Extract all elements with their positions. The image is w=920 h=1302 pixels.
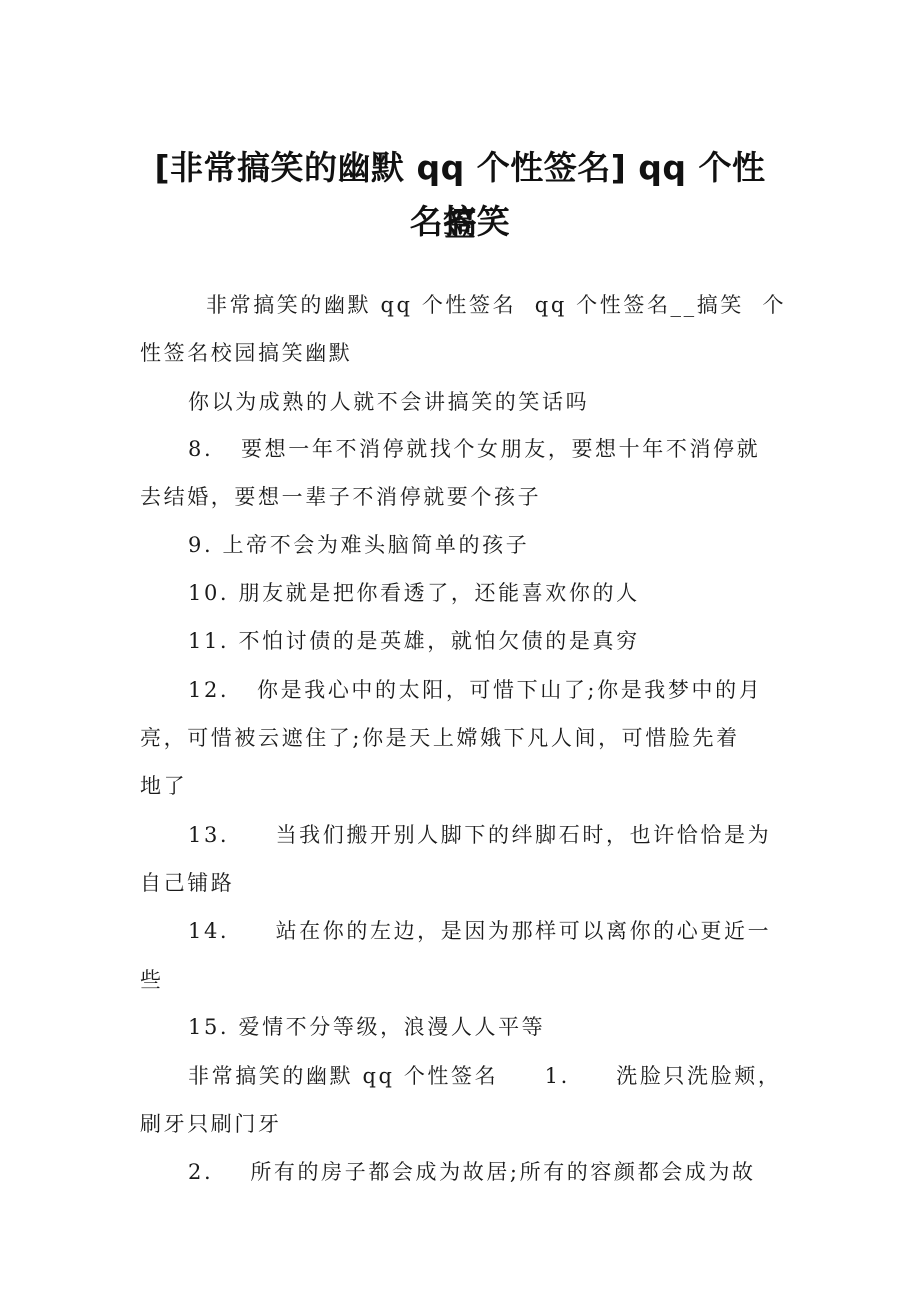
body-line: 非常搞笑的幽默 qq 个性签名 qq 个性签名__搞笑 个 bbox=[206, 290, 786, 320]
body-line: 去结婚，要想一辈子不消停就要个孩子 bbox=[140, 482, 541, 512]
body-line: 13. 当我们搬开别人脚下的绊脚石时，也许恰恰是为 bbox=[188, 820, 771, 850]
body-line: 你以为成熟的人就不会讲搞笑的笑话吗 bbox=[188, 387, 589, 417]
body-line: 自己铺路 bbox=[140, 868, 234, 898]
body-line: 地了 bbox=[140, 771, 187, 801]
document-title-line-2: 名搞笑 bbox=[140, 194, 780, 250]
body-line: 亮，可惜被云遮住了;你是天上嫦娥下凡人间，可惜脸先着 bbox=[140, 723, 740, 753]
document-page: [非常搞笑的幽默 qq 个性签名] qq 个性签 名搞笑 非常搞笑的幽默 qq … bbox=[0, 0, 920, 1302]
body-line: 2. 所有的房子都会成为故居;所有的容颜都会成为故 bbox=[188, 1157, 756, 1187]
body-line: 性签名校园搞笑幽默 bbox=[140, 338, 352, 368]
body-line: 12. 你是我心中的太阳，可惜下山了;你是我梦中的月 bbox=[188, 675, 762, 705]
body-line: 刷牙只刷门牙 bbox=[140, 1109, 282, 1139]
body-line: 9. 上帝不会为难头脑简单的孩子 bbox=[188, 530, 529, 560]
body-line: 15. 爱情不分等级，浪漫人人平等 bbox=[188, 1012, 545, 1042]
body-line: 非常搞笑的幽默 qq 个性签名 1. 洗脸只洗脸颊， bbox=[188, 1061, 781, 1091]
body-line: 14. 站在你的左边，是因为那样可以离你的心更近一 bbox=[188, 916, 771, 946]
body-line: 8. 要想一年不消停就找个女朋友，要想十年不消停就 bbox=[188, 434, 760, 464]
body-line: 10. 朋友就是把你看透了，还能喜欢你的人 bbox=[188, 578, 640, 608]
body-line: 11. 不怕讨债的是英雄，就怕欠债的是真穷 bbox=[188, 626, 640, 656]
body-line: 些 bbox=[140, 965, 164, 995]
